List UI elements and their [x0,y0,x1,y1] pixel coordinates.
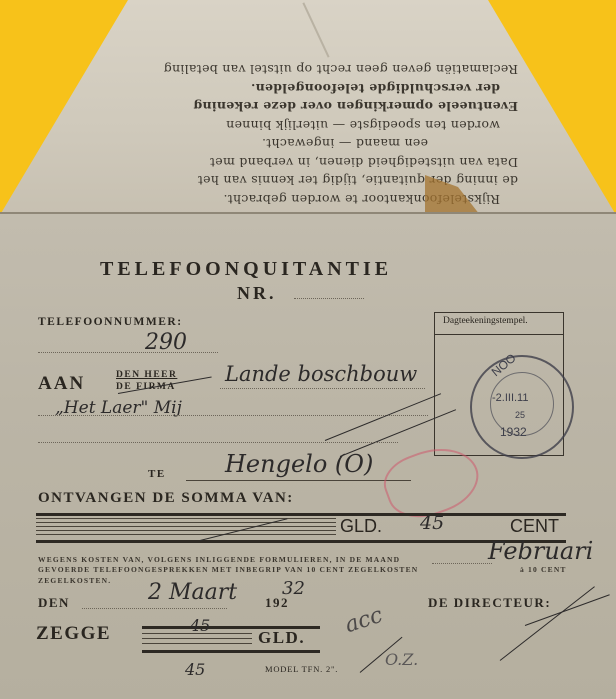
somma-gld-label: GLD. [340,516,382,537]
somma-band-bottom [36,540,566,543]
address-dots [38,442,398,443]
somma-band-line [36,526,336,527]
directeur-label: DE DIRECTEUR: [428,595,551,611]
nr-label: NR. [237,283,277,304]
somma-cent-value: 45 [420,512,444,534]
year-handwritten: 32 [282,578,305,599]
zegge-label: ZEGGE [36,623,111,645]
aan-label: AAN [38,373,85,395]
telefoonnummer-label: TELEFOONNUMMER: [38,316,183,328]
flap-line: worden ten spoedigste — uiterlijk binnen [98,116,518,135]
wegens-text-line1: WEGENS KOSTEN VAN, VOLGENS INLIGGENDE FO… [38,555,400,564]
recipient-line1: Lande boschbouw [225,362,417,386]
somma-cent-label: CENT [510,516,559,537]
nr-dotted-line [294,298,364,299]
recipient-line2-dots [38,415,428,416]
somma-band-line [36,534,336,535]
postmark-year: 1932 [500,425,527,439]
flap-line: een maand — ingewacht. [98,134,518,153]
postmark-date: -2.III.11 [492,392,528,404]
zegge-band-line [142,638,252,639]
den-heer-label: DEN HEER [116,370,177,380]
te-label: TE [148,468,166,480]
ontvangen-label: ONTVANGEN DE SOMMA VAN: [38,490,294,507]
flap-line: Reclamatiën geven geen recht op uitstel … [98,60,518,79]
postmark-time: 25 [515,410,525,420]
somma-band-line [36,518,336,519]
model-label: MODEL TFN. 2". [265,664,338,674]
zegge-note: 45 [185,660,205,679]
wegens-text-line2: GEVOERDE TELEFOONGESPREKKEN MET INBEGRIP… [38,565,418,574]
somma-band-top [36,513,566,516]
zegge-gld-label: GLD. [258,628,305,648]
maand-dots [432,563,492,564]
date-dots [82,608,227,609]
te-value: Hengelo (O) [225,450,373,478]
zegge-value: 45 [190,616,210,635]
flap-line: der verschuldigde telefoongelden. [98,79,518,98]
form-title: TELEFOONQUITANTIE [100,258,392,281]
wegens-text-line2-end: à 10 CENT [520,565,567,574]
telefoonnummer-line [38,352,218,353]
annotation-oz: O.Z. [385,650,418,669]
zegge-band-line [142,643,252,644]
recipient-line1-dots [220,388,425,389]
somma-band-line [36,530,336,531]
maand-value: Februari [488,537,593,565]
den-label: DEN [38,595,70,611]
date-value: 2 Maart [148,580,237,605]
somma-band-line [36,522,336,523]
wegens-text-line3: ZEGELKOSTEN. [38,576,111,585]
flap-line: Eventueele opmerkingen over deze rekenin… [98,97,518,116]
zegge-band-bottom [142,650,320,653]
te-line [186,480,411,481]
flap-line: Data van uitstedigheid dienen, in verban… [98,153,518,172]
date-stamp-label: Dagteekeningstempel. [435,313,563,335]
flap-text-upside-down: Rijkstelefoonkantoor te worden gebracht.… [98,60,518,208]
